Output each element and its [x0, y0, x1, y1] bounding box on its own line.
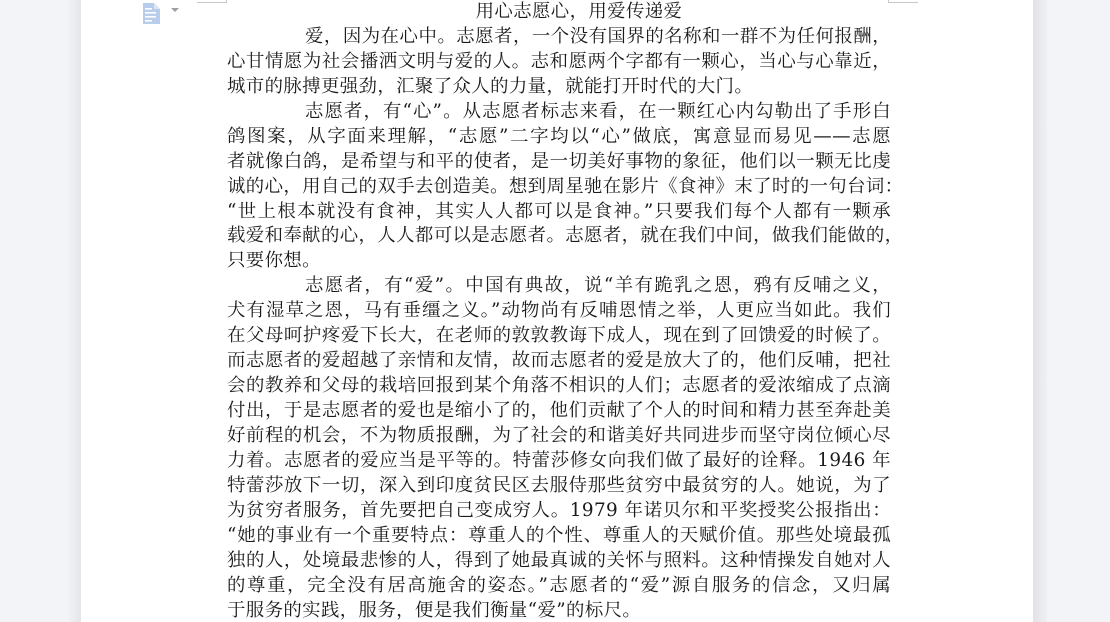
paragraph-2: 志愿者，有“心”。从志愿者标志来看，在一颗红心内勾勒出了手形白 鸽图案，从字面来…: [227, 100, 891, 275]
document-title: 用心志愿心，用爱传递爱: [227, 0, 891, 25]
dropdown-arrow-icon[interactable]: [171, 8, 179, 12]
text-line: 者就像白鸽，是希望与和平的使者，是一切美好事物的象征，他们以一颗无比虔: [227, 150, 891, 175]
text-line: 为贫穷者服务，首先要把自己变成穷人。1979 年诺贝尔和平奖授奖公报指出：: [227, 499, 891, 524]
text-line: 特蕾莎放下一切，深入到印度贫民区去服侍那些贫穷中最贫穷的人。她说，为了: [227, 474, 891, 499]
text-line: 爱，因为在心中。志愿者，一个没有国界的名称和一群不为任何报酬，: [227, 25, 891, 50]
document-body: 用心志愿心，用爱传递爱 爱，因为在心中。志愿者，一个没有国界的名称和一群不为任何…: [227, 0, 891, 622]
text-line: 付出，于是志愿者的爱也是缩小了的，他们贡献了个人的时间和精力甚至奔赴美: [227, 399, 891, 424]
page-shadow-right: [1033, 0, 1047, 622]
text-line: 载爱和奉献的心，人人都可以是志愿者。志愿者，就在我们中间，做我们能做的，: [227, 224, 891, 249]
page-shadow-left: [68, 0, 82, 622]
paragraph-3: 志愿者，有“爱”。中国有典故，说“羊有跪乳之恩，鸦有反哺之义， 犬有湿草之恩，马…: [227, 274, 891, 622]
text-line: 会的教养和父母的栽培回报到某个角落不相识的人们；志愿者的爱浓缩成了点滴: [227, 374, 891, 399]
text-line: 而志愿者的爱超越了亲情和友情，故而志愿者的爱是放大了的，他们反哺，把社: [227, 349, 891, 374]
text-line: 力着。志愿者的爱应当是平等的。特蕾莎修女向我们做了最好的诠释。1946 年: [227, 449, 891, 474]
paragraph-1: 爱，因为在心中。志愿者，一个没有国界的名称和一群不为任何报酬， 心甘情愿为社会播…: [227, 25, 891, 100]
text-line: 的尊重，完全没有居高施舍的姿态。”志愿者的“爱”源自服务的信念，又归属: [227, 574, 891, 599]
text-line: 犬有湿草之恩，马有垂缰之义。”动物尚有反哺恩情之举，人更应当如此。我们: [227, 299, 891, 324]
text-line: 志愿者，有“心”。从志愿者标志来看，在一颗红心内勾勒出了手形白: [227, 100, 891, 125]
text-line: 鸽图案，从字面来理解，“志愿”二字均以“心”做底，寓意显而易见——志愿: [227, 125, 891, 150]
text-line: 独的人，处境最悲惨的人，得到了她最真诚的关怀与照料。这种情操发自她对人: [227, 549, 891, 574]
text-line: “世上根本就没有食神，其实人人都可以是食神。”只要我们每个人都有一颗承: [227, 200, 891, 225]
text-line: 于服务的实践，服务，便是我们衡量“爱”的标尺。: [227, 599, 891, 622]
document-page[interactable]: 用心志愿心，用爱传递爱 爱，因为在心中。志愿者，一个没有国界的名称和一群不为任何…: [81, 0, 1033, 622]
text-line: “她的事业有一个重要特点：尊重人的个性、尊重人的天赋价值。那些处境最孤: [227, 524, 891, 549]
text-line: 城市的脉搏更强劲，汇聚了众人的力量，就能打开时代的大门。: [227, 75, 891, 100]
text-line: 好前程的机会，不为物质报酬，为了社会的和谐美好共同进步而坚守岗位倾心尽: [227, 424, 891, 449]
document-icon[interactable]: [143, 3, 160, 24]
text-line: 诚的心，用自己的双手去创造美。想到周星驰在影片《食神》末了时的一句台词：: [227, 175, 891, 200]
text-line: 志愿者，有“爱”。中国有典故，说“羊有跪乳之恩，鸦有反哺之义，: [227, 274, 891, 299]
margin-corner-mark-left: [197, 0, 227, 3]
text-line: 只要你想。: [227, 249, 891, 274]
text-line: 在父母呵护疼爱下长大，在老师的敦敦教诲下成人，现在到了回馈爱的时候了。: [227, 324, 891, 349]
text-line: 心甘情愿为社会播洒文明与爱的人。志和愿两个字都有一颗心，当心与心靠近，: [227, 50, 891, 75]
margin-corner-mark-right: [888, 0, 918, 3]
